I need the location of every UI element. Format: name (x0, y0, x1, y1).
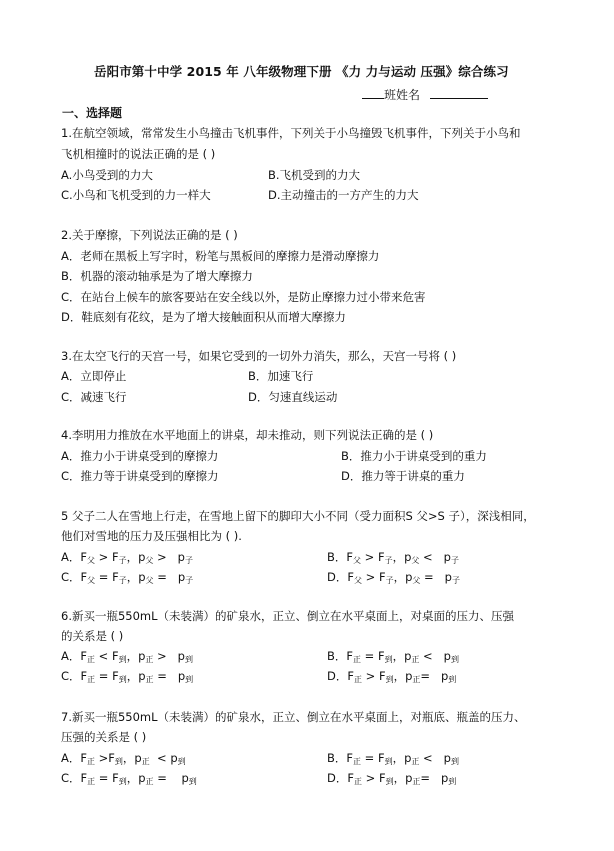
question-5-option-a: A．F父 > F子，p父 > p子 (61, 549, 193, 566)
section-heading: 一、选择题 (62, 104, 122, 121)
question-3-option-c: C．减速飞行 (61, 389, 127, 405)
question-2-option-b: B．机器的滚动轴承是为了增大摩擦力 (61, 268, 253, 284)
class-name-line: 班姓名 (362, 86, 488, 103)
question-4-stem: 4.李明用力推放在水平地面上的讲桌，却未推动，则下列说法正确的是 ( ) (61, 427, 433, 443)
question-3-option-a: A．立即停止 (61, 368, 126, 384)
question-6-option-a: A．F正 < F到，p正 > p到 (61, 648, 193, 665)
question-5-option-d: D．F父 > F子，p父 = p子 (327, 569, 460, 586)
question-5-stem-line-1: 5 父子二人在雪地上行走，在雪地上留下的脚印大小不同（受力面积S 父>S 子），… (61, 508, 535, 524)
question-7-stem-line-1: 7.新买一瓶550mL（未装满）的矿泉水，正立、倒立在水平桌面上，对瓶底、瓶盖的… (61, 709, 526, 725)
question-4-option-c: C．推力等于讲桌受到的摩擦力 (61, 468, 219, 484)
question-2-option-c: C．在站台上候车的旅客要站在安全线以外，是防止摩擦力过小带来危害 (61, 289, 426, 305)
question-4-option-a: A．推力小于讲桌受到的摩擦力 (61, 448, 218, 464)
question-5-option-b: B．F父 > F子，p父 < p子 (327, 549, 459, 566)
question-3-stem: 3.在太空飞行的天宫一号，如果它受到的一切外力消失，那么，天宫一号将 ( ) (61, 348, 456, 364)
question-7-option-c: C．F正 = F到，p正 = p到 (61, 770, 197, 787)
question-4-option-b: B．推力小于讲桌受到的重力 (341, 448, 487, 464)
question-6-stem-line-1: 6.新买一瓶550mL（未装满）的矿泉水，正立、倒立在水平桌面上，对桌面的压力、… (61, 608, 514, 624)
question-1-stem-line-1: 1.在航空领域，常常发生小鸟撞击飞机事件，下列关于小鸟撞毁飞机事件，下列关于小鸟… (61, 125, 520, 141)
question-2-stem: 2.关于摩擦，下列说法正确的是 ( ) (61, 227, 238, 243)
question-5-stem-line-2: 他们对雪地的压力及压强相比为 ( ). (61, 528, 242, 544)
question-6-stem-line-2: 的关系是 ( ) (61, 628, 123, 644)
question-7-stem-line-2: 压强的关系是 ( ) (61, 729, 146, 745)
question-6-option-c: C．F正 = F到，p正 = p到 (61, 668, 193, 685)
question-7-option-b: B．F正 = F到，p正 < p到 (327, 750, 459, 767)
question-1-option-b: B.飞机受到的力大 (268, 167, 360, 183)
class-blank[interactable] (362, 86, 384, 99)
question-2-option-a: A．老师在黑板上写字时，粉笔与黑板间的摩擦力是滑动摩擦力 (61, 248, 379, 264)
question-7-option-d: D．F正 > F到，p正= p到 (327, 770, 456, 787)
name-blank[interactable] (430, 86, 488, 99)
question-1-option-d: D.主动撞击的一方产生的力大 (268, 187, 419, 203)
question-6-option-b: B．F正 = F到，p正 < p到 (327, 648, 459, 665)
question-6-option-d: D．F正 > F到，p正= p到 (327, 668, 456, 685)
question-3-option-d: D．匀速直线运动 (248, 389, 337, 405)
question-7-option-a: A．F正 >F到，p正 < p到 (61, 750, 186, 767)
document-title: 岳阳市第十中学 2015 年 八年级物理下册 《力 力与运动 压强》综合练习 (94, 62, 509, 80)
question-5-option-c: C．F父 = F子，p父 = p子 (61, 569, 193, 586)
class-name-label: 班姓名 (384, 88, 420, 102)
question-1-stem-line-2: 飞机相撞时的说法正确的是 ( ) (61, 146, 215, 162)
question-4-option-d: D．推力等于讲桌的重力 (341, 468, 465, 484)
question-1-option-c: C.小鸟和飞机受到的力一样大 (61, 187, 211, 203)
question-1-option-a: A.小鸟受到的力大 (61, 167, 153, 183)
question-3-option-b: B．加速飞行 (248, 368, 313, 384)
question-2-option-d: D．鞋底刻有花纹，是为了增大接触面积从而增大摩擦力 (61, 309, 346, 325)
